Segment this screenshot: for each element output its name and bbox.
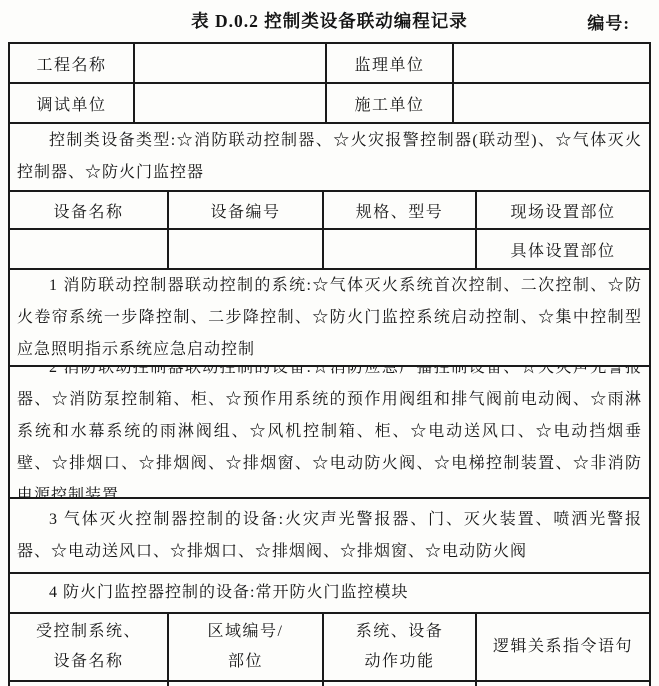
form-title: 表 D.0.2 控制类设备联动编程记录 <box>191 11 468 31</box>
zone-number-header: 区域编号/ 部位 <box>169 614 324 680</box>
stub-cell-1 <box>10 682 169 686</box>
info-row-project: 工程名称 监理单位 <box>10 44 649 84</box>
form-number-label: 编号: <box>587 9 630 34</box>
device-specific-location-label: 具体设置部位 <box>477 230 649 268</box>
section-4-row: 4 防火门监控器控制的设备:常开防火门监控模块 <box>10 574 649 614</box>
device-spec-value <box>324 230 477 268</box>
device-code-value <box>169 230 324 268</box>
device-code-header: 设备编号 <box>169 192 324 228</box>
construction-unit-value <box>454 84 649 122</box>
device-spec-header: 规格、型号 <box>324 192 477 228</box>
stub-cell-3 <box>324 682 477 686</box>
section-3-row: 3 气体灭火控制器控制的设备:火灾声光警报器、门、灭火装置、喷洒光警报器、☆电动… <box>10 499 649 574</box>
project-name-label: 工程名称 <box>10 44 135 82</box>
commissioning-unit-label: 调试单位 <box>10 84 135 122</box>
supervision-unit-label: 监理单位 <box>327 44 454 82</box>
section-1-text: 1 消防联动控制器联动控制的系统:☆气体灭火系统首次控制、二次控制、☆防火卷帘系… <box>10 270 649 365</box>
bottom-header-row: 受控制系统、 设备名称 区域编号/ 部位 系统、设备 动作功能 逻辑关系指令语句 <box>10 614 649 682</box>
commissioning-unit-value <box>135 84 327 122</box>
section-2-cell: 2 消防联动控制器联动控制的设备:☆消防应急广播控制设备、☆火灾声光警报器、☆消… <box>10 367 649 497</box>
form-title-bar: 表 D.0.2 控制类设备联动编程记录 编号: <box>0 8 659 34</box>
action-function-header: 系统、设备 动作功能 <box>324 614 477 680</box>
project-name-value <box>135 44 327 82</box>
section-4-text: 4 防火门监控器控制的设备:常开防火门监控模块 <box>10 577 649 609</box>
section-2-text: 2 消防联动控制器联动控制的设备:☆消防应急广播控制设备、☆火灾声光警报器、☆消… <box>10 367 649 497</box>
section-3-cell: 3 气体灭火控制器控制的设备:火灾声光警报器、门、灭火装置、喷洒光警报器、☆电动… <box>10 499 649 572</box>
device-name-value <box>10 230 169 268</box>
device-type-text: 控制类设备类型:☆消防联动控制器、☆火灾报警控制器(联动型)、☆气体灭火控制器、… <box>10 125 649 189</box>
section-2-row: 2 消防联动控制器联动控制的设备:☆消防应急广播控制设备、☆火灾声光警报器、☆消… <box>10 367 649 499</box>
device-type-row: 控制类设备类型:☆消防联动控制器、☆火灾报警控制器(联动型)、☆气体灭火控制器、… <box>10 124 649 192</box>
device-name-header: 设备名称 <box>10 192 169 228</box>
scanned-form-page: 表 D.0.2 控制类设备联动编程记录 编号: 工程名称 监理单位 调试单位 施… <box>0 0 659 686</box>
section-4-cell: 4 防火门监控器控制的设备:常开防火门监控模块 <box>10 574 649 612</box>
section-3-text: 3 气体灭火控制器控制的设备:火灾声光警报器、门、灭火装置、喷洒光警报器、☆电动… <box>10 504 649 568</box>
info-row-units: 调试单位 施工单位 <box>10 84 649 124</box>
construction-unit-label: 施工单位 <box>327 84 454 122</box>
logic-statement-header: 逻辑关系指令语句 <box>477 614 649 680</box>
form-table: 工程名称 监理单位 调试单位 施工单位 控制类设备类型:☆消防联动控制器、☆火灾… <box>8 42 651 686</box>
supervision-unit-value <box>454 44 649 82</box>
bottom-stub-row <box>10 682 649 686</box>
device-type-cell: 控制类设备类型:☆消防联动控制器、☆火灾报警控制器(联动型)、☆气体灭火控制器、… <box>10 124 649 190</box>
device-header-row: 设备名称 设备编号 规格、型号 现场设置部位 <box>10 192 649 230</box>
stub-cell-4 <box>477 682 649 686</box>
stub-cell-2 <box>169 682 324 686</box>
section-1-row: 1 消防联动控制器联动控制的系统:☆气体灭火系统首次控制、二次控制、☆防火卷帘系… <box>10 270 649 367</box>
device-site-location-header: 现场设置部位 <box>477 192 649 228</box>
device-value-row: 具体设置部位 <box>10 230 649 270</box>
controlled-system-header: 受控制系统、 设备名称 <box>10 614 169 680</box>
section-1-cell: 1 消防联动控制器联动控制的系统:☆气体灭火系统首次控制、二次控制、☆防火卷帘系… <box>10 270 649 365</box>
